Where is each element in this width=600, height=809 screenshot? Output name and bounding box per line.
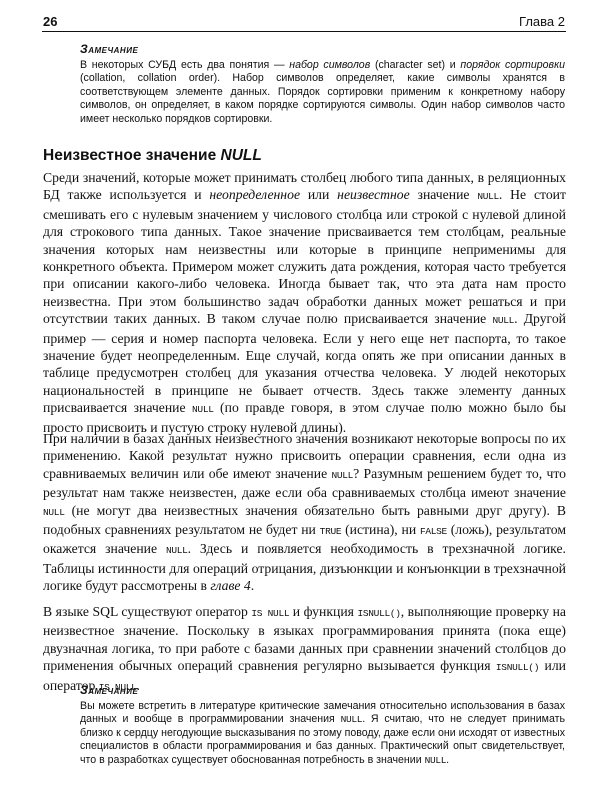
- page-number: 26: [43, 14, 57, 29]
- text-run: В языке SQL существуют оператор: [43, 604, 251, 619]
- text-run: или: [300, 187, 337, 202]
- note-title: Замечание: [80, 43, 565, 57]
- note-box-2: Замечание Вы можете встретить в литерату…: [80, 684, 565, 768]
- note-box-1: Замечание В некоторых СУБД есть два поня…: [80, 43, 565, 127]
- text-run: значение: [410, 187, 478, 202]
- note-text: Вы можете встретить в литературе критиче…: [80, 700, 565, 768]
- code-null: NULL: [331, 470, 353, 481]
- code-isnull-func: ISNULL(): [496, 662, 539, 673]
- term-italic: неизвестное: [337, 187, 410, 202]
- code-true: TRUE: [320, 526, 342, 537]
- code-null: NULL: [166, 545, 188, 556]
- text-run: . Не стоит смешивать его с нулевым значе…: [43, 187, 566, 326]
- code-null: NULL: [192, 404, 214, 415]
- page-header: 26 Глава 2: [42, 12, 566, 32]
- heading-null: NULL: [221, 147, 262, 164]
- heading-text: Неизвестное значение: [43, 147, 221, 164]
- code-null: NULL: [43, 507, 65, 518]
- code-null: NULL: [477, 191, 499, 202]
- code-isnull-func: ISNULL(): [357, 608, 400, 619]
- code-is-null: IS NULL: [251, 608, 289, 619]
- text-run: и функция: [289, 604, 357, 619]
- code-null: NULL: [425, 755, 447, 766]
- text-run: (collation, collation order). Набор симв…: [80, 72, 565, 125]
- section-heading: Неизвестное значение NULL: [43, 147, 262, 165]
- code-null: NULL: [492, 315, 514, 326]
- chapter-reference: главе 4: [210, 578, 250, 593]
- term-italic: набор символов: [289, 59, 370, 71]
- text-run: .: [251, 578, 254, 593]
- code-false: FALSE: [420, 526, 447, 537]
- text-run: (character set) и: [370, 59, 460, 71]
- text-run: .: [446, 754, 449, 766]
- note-text: В некоторых СУБД есть два понятия — набо…: [80, 59, 565, 127]
- paragraph-2: При наличии в базах данных неизвестного …: [43, 430, 566, 595]
- code-null: NULL: [341, 714, 363, 725]
- text-run: В некоторых СУБД есть два понятия —: [80, 59, 289, 71]
- paragraph-1: Среди значений, которые может принимать …: [43, 169, 566, 436]
- note-title: Замечание: [80, 684, 565, 698]
- chapter-label: Глава 2: [519, 14, 565, 29]
- term-italic: неопределенное: [209, 187, 300, 202]
- term-italic: порядок сортировки: [460, 59, 565, 71]
- text-run: (истина), ни: [341, 522, 420, 537]
